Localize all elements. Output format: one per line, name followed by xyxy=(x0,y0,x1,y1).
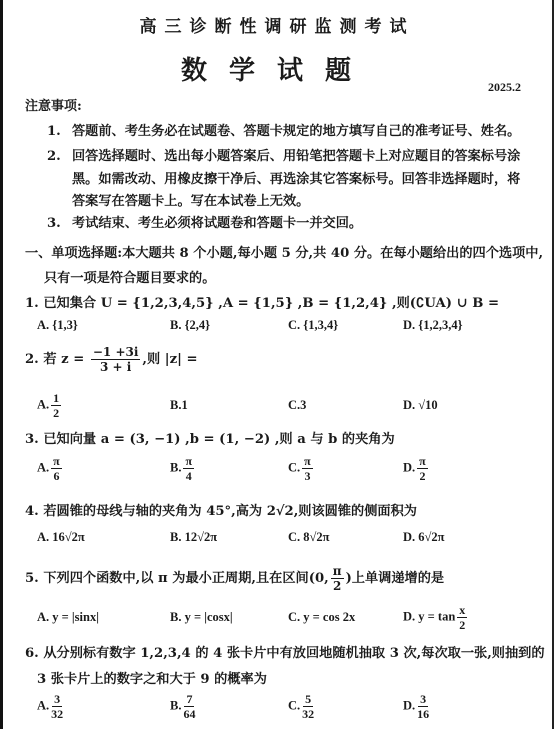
question-5-option-c: C. y = cos 2x xyxy=(288,610,355,625)
notice-num: 2. xyxy=(47,149,72,164)
question-6-option-c: C.532 xyxy=(288,693,316,720)
question-2-stem: 2. 若 z = −1 +3i3 + i,则 |z| = xyxy=(25,346,198,373)
question-3-option-d: D.π2 xyxy=(403,455,430,482)
subject-title: 数学试题 xyxy=(0,50,554,87)
section-1-heading: 一、单项选择题:本大题共 8 个小题,每小题 5 分,共 40 分。在每小题给出… xyxy=(25,242,543,261)
question-3-option-c: C.π3 xyxy=(288,455,315,482)
question-4-option-d: D. 6√2π xyxy=(403,530,445,545)
exam-name: 高三诊断性调研监测考试 xyxy=(0,12,554,37)
notice-heading: 注意事项: xyxy=(25,95,82,114)
notice-item-3: 3.考试结束、考生必须将试题卷和答题卡一并交回。 xyxy=(47,212,362,231)
question-3-option-b: B.π4 xyxy=(170,455,196,482)
question-4-stem: 4. 若圆锥的母线与轴的夹角为 45°,高为 2√2,则该圆锥的侧面积为 xyxy=(25,500,417,519)
notice-item-2-line-2: 黑。如需改动、用橡皮擦干净后、再选涂其它答案标号。回答非选择题时，将 xyxy=(72,168,520,187)
question-6-stem-line-2: 3 张卡片上的数字之和大于 9 的概率为 xyxy=(37,668,267,687)
notice-item-2: 2.回答选择题时、选出每小题答案后、用铅笔把答题卡上对应题目的答案标号涂 xyxy=(47,145,520,164)
question-5-option-a: A. y = |sinx| xyxy=(37,610,99,625)
question-3-option-a: A.π6 xyxy=(37,455,64,482)
question-4-option-c: C. 8√2π xyxy=(288,530,330,545)
notice-num: 3. xyxy=(47,216,72,231)
question-4-option-b: B. 12√2π xyxy=(170,530,217,545)
question-6-stem: 6. 从分别标有数字 1,2,3,4 的 4 张卡片中有放回地随机抽取 3 次,… xyxy=(25,642,545,661)
question-4-option-a: A. 16√2π xyxy=(37,530,85,545)
question-1-option-c: C. {1,3,4} xyxy=(288,318,338,333)
section-1-heading-line-2: 只有一项是符合题目要求的。 xyxy=(44,267,215,286)
question-5-option-b: B. y = |cosx| xyxy=(170,610,233,625)
question-1-stem: 1. 已知集合 U = {1,2,3,4,5} ,A = {1,5} ,B = … xyxy=(25,292,499,311)
exam-page: 高三诊断性调研监测考试 数学试题 2025.2 注意事项: 1.答题前、考生务必… xyxy=(0,0,554,729)
question-5-option-d: D. y = tanx2 xyxy=(403,604,469,631)
question-1-option-a: A. {1,3} xyxy=(37,318,78,333)
notice-item-2-line-3: 答案写在答题卡上。写在本试卷上无效。 xyxy=(72,190,309,209)
question-2-option-a: A.12 xyxy=(37,392,63,419)
question-6-option-a: A.332 xyxy=(37,693,65,720)
fraction: −1 +3i3 + i xyxy=(91,346,141,373)
question-1-option-d: D. {1,2,3,4} xyxy=(403,318,463,333)
question-6-option-d: D.316 xyxy=(403,693,431,720)
question-1-option-b: B. {2,4} xyxy=(170,318,210,333)
question-2-option-c: C.3 xyxy=(288,398,306,413)
notice-item-1: 1.答题前、考生务必在试题卷、答题卡规定的地方填写自己的准考证号、姓名。 xyxy=(47,120,520,139)
question-3-stem: 3. 已知向量 a = (3, −1) ,b = (1, −2) ,则 a 与 … xyxy=(25,428,395,447)
question-2-option-b: B.1 xyxy=(170,398,188,413)
exam-date: 2025.2 xyxy=(488,80,521,95)
notice-num: 1. xyxy=(47,124,72,139)
question-6-option-b: B.764 xyxy=(170,693,197,720)
question-5-stem: 5. 下列四个函数中,以 π 为最小正周期,且在区间(0,π2)上单调递增的是 xyxy=(25,565,444,592)
question-2-option-d: D. √10 xyxy=(403,398,438,413)
